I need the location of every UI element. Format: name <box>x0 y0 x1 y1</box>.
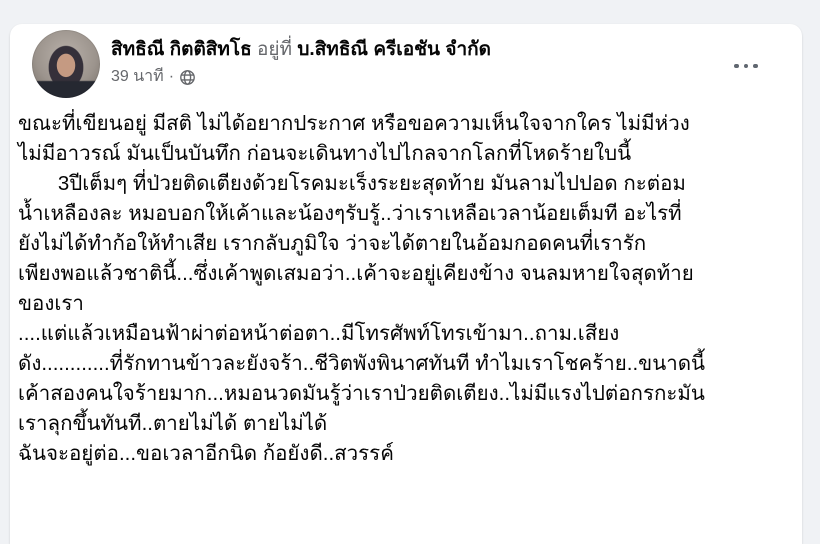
ellipsis-icon <box>744 64 749 69</box>
location-link[interactable]: บ.สิทธิณี ครีเอชัน จำกัด <box>297 39 491 60</box>
name-line: สิทธิณี กิตติสิทโธ อยู่ที่ บ.สิทธิณี ครี… <box>111 37 491 63</box>
author-name-link[interactable]: สิทธิณี กิตติสิทโธ <box>111 39 252 60</box>
location-connector: อยู่ที่ <box>257 39 292 60</box>
timestamp-link[interactable]: 39 นาที <box>111 66 164 87</box>
more-options-button[interactable] <box>724 48 768 84</box>
post-text: ขณะที่เขียนอยู่ มีสติ ไม่ได้อยากประกาศ ห… <box>10 109 802 469</box>
globe-icon <box>179 69 196 86</box>
ellipsis-icon <box>753 64 758 69</box>
meta-line: 39 นาที · <box>111 66 491 87</box>
avatar[interactable] <box>32 30 100 98</box>
post-header: สิทธิณี กิตติสิทโธ อยู่ที่ บ.สิทธิณี ครี… <box>10 24 802 98</box>
post-header-text: สิทธิณี กิตติสิทโธ อยู่ที่ บ.สิทธิณี ครี… <box>111 30 491 87</box>
facebook-post-card: สิทธิณี กิตติสิทโธ อยู่ที่ บ.สิทธิณี ครี… <box>10 24 802 501</box>
meta-separator: · <box>169 66 174 87</box>
ellipsis-icon <box>734 64 739 69</box>
